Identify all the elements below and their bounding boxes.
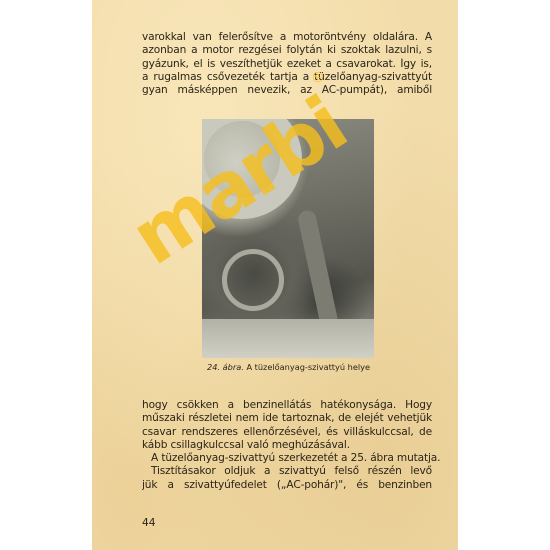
bottom-paragraphs: hogy csökken a benzinellátás hatékonyság… bbox=[142, 399, 432, 492]
photo-pulley bbox=[202, 119, 302, 219]
text-line: azonban a motor rezgései folytán ki szok… bbox=[142, 44, 432, 57]
text-line: hogy csökken a benzinellátás hatékonyság… bbox=[142, 399, 432, 412]
photo-cover bbox=[202, 319, 374, 358]
figure-caption-text: A tüzelőanyag-szivattyú helye bbox=[246, 362, 370, 372]
text-line: jük a szivattyúfedelet („AC-pohár)", és … bbox=[142, 479, 432, 492]
text-line: a rugalmas csővezeték tartja a tüzelőany… bbox=[142, 71, 432, 84]
figure-photo-fuel-pump bbox=[202, 119, 374, 358]
text-line: gyan másképpen nevezik, az AC-pumpát), a… bbox=[142, 84, 432, 97]
text-line: varokkal van felerősítve a motoröntvény … bbox=[142, 31, 432, 44]
text-line: Tisztításakor oldjuk a szivattyú felső r… bbox=[142, 465, 432, 478]
figure-label: 24. ábra. bbox=[207, 362, 244, 372]
text-line: kább csillagkulccsal való meghúzásával. bbox=[142, 439, 432, 452]
text-line: műszaki részletei nem ide tartoznak, de … bbox=[142, 412, 432, 425]
photo-pump-flange bbox=[222, 249, 284, 311]
text-line: A tüzelőanyag-szivattyú szerkezetét a 25… bbox=[142, 452, 432, 465]
text-line: gyázunk, el is veszíthetjük ezeket a csa… bbox=[142, 58, 432, 71]
page-number: 44 bbox=[142, 517, 155, 529]
top-paragraph: varokkal van felerősítve a motoröntvény … bbox=[142, 31, 432, 97]
text-line: csavar rendszeres ellenőrzésével, és vil… bbox=[142, 426, 432, 439]
figure-caption: 24. ábra. A tüzelőanyag-szivattyú helye bbox=[207, 362, 377, 372]
